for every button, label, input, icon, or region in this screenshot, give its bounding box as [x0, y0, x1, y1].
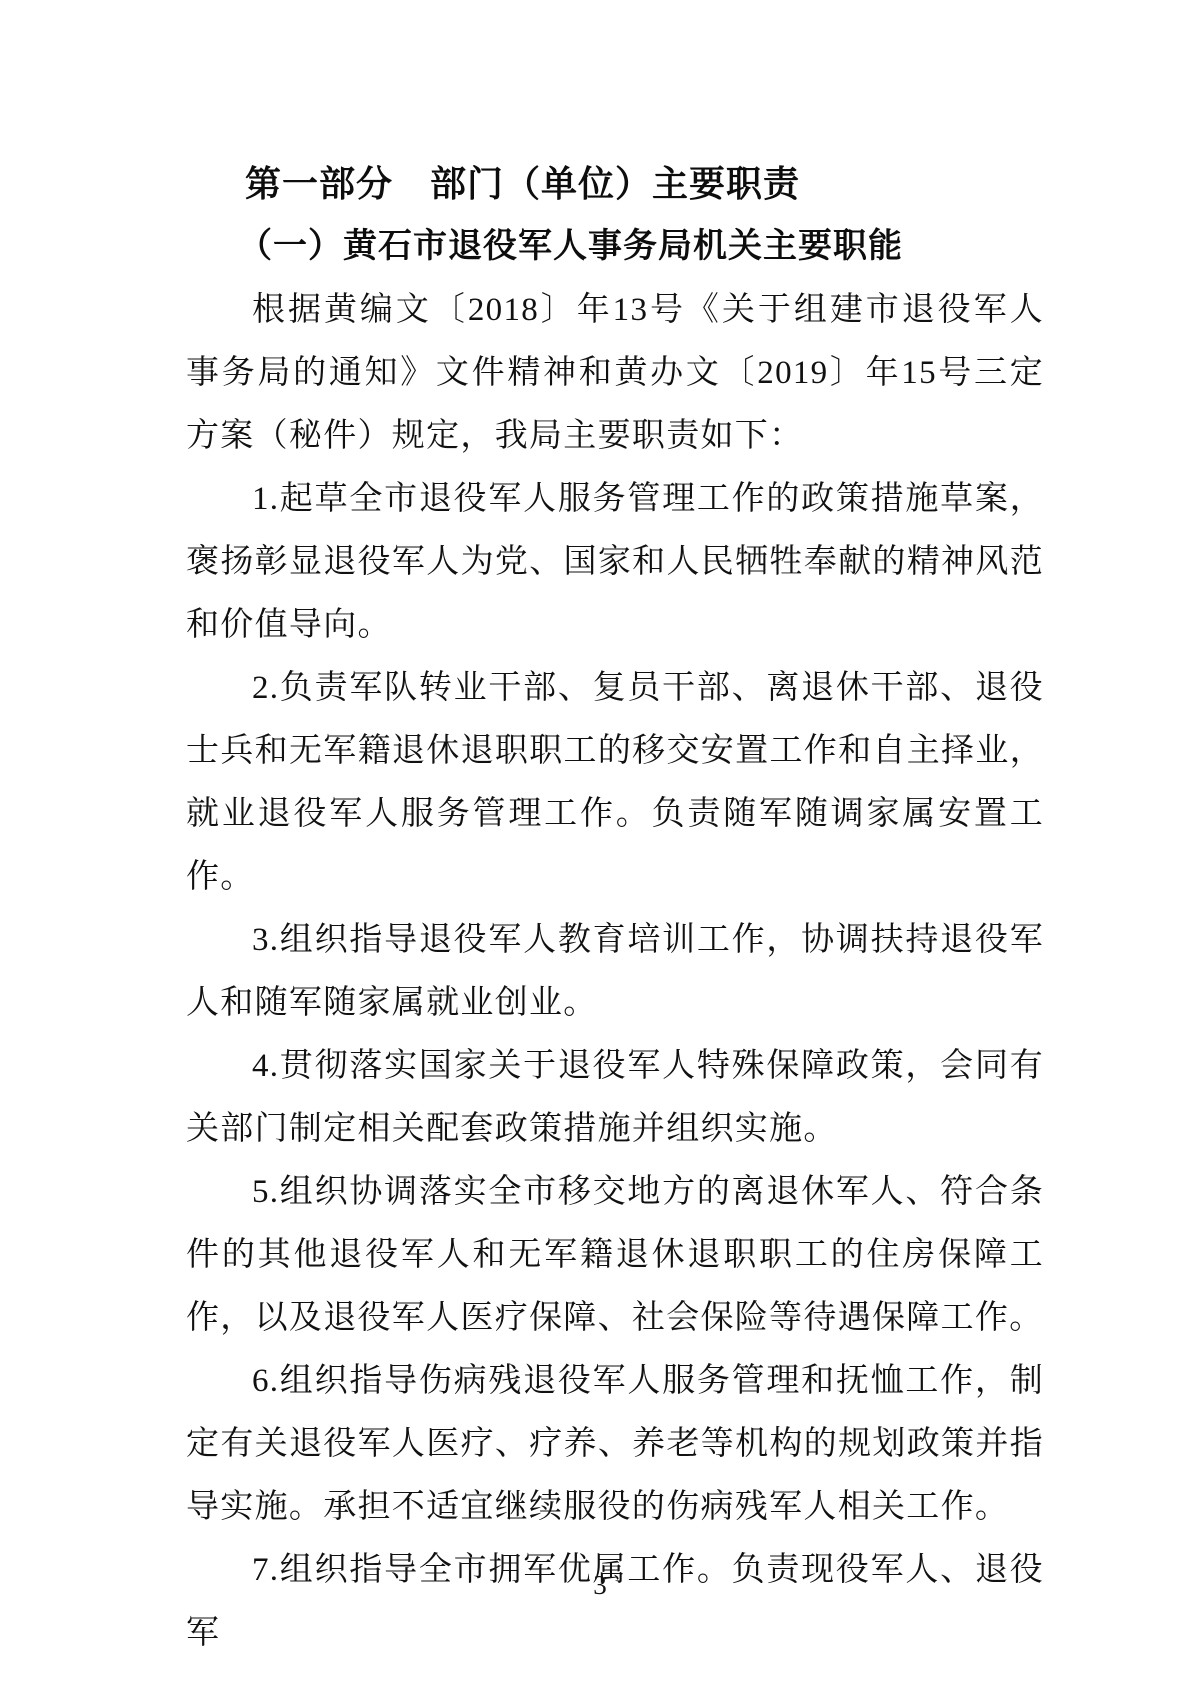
document-content: 第一部分 部门（单位）主要职责 （一）黄石市退役军人事务局机关主要职能 根据黄编…: [186, 152, 1044, 1665]
section-subheading: （一）黄石市退役军人事务局机关主要职能: [186, 215, 1044, 279]
paragraph-duty-5: 5.组织协调落实全市移交地方的离退休军人、符合条件的其他退役军人和无军籍退休退职…: [186, 1161, 1044, 1350]
paragraph-duty-3: 3.组织指导退役军人教育培训工作，协调扶持退役军人和随军随家属就业创业。: [186, 909, 1044, 1035]
part-heading: 第一部分 部门（单位）主要职责: [186, 152, 1044, 215]
page-number: 3: [0, 1567, 1200, 1603]
document-page: 第一部分 部门（单位）主要职责 （一）黄石市退役军人事务局机关主要职能 根据黄编…: [0, 0, 1200, 1697]
paragraph-duty-2: 2.负责军队转业干部、复员干部、离退休干部、退役士兵和无军籍退休退职职工的移交安…: [186, 657, 1044, 909]
paragraph-duty-6: 6.组织指导伤病残退役军人服务管理和抚恤工作，制定有关退役军人医疗、疗养、养老等…: [186, 1350, 1044, 1539]
paragraph-duty-4: 4.贯彻落实国家关于退役军人特殊保障政策，会同有关部门制定相关配套政策措施并组织…: [186, 1035, 1044, 1161]
paragraph-duty-1: 1.起草全市退役军人服务管理工作的政策措施草案，褒扬彰显退役军人为党、国家和人民…: [186, 468, 1044, 657]
paragraph-basis-intro: 根据黄编文〔2018〕年13号《关于组建市退役军人事务局的通知》文件精神和黄办文…: [186, 279, 1044, 468]
